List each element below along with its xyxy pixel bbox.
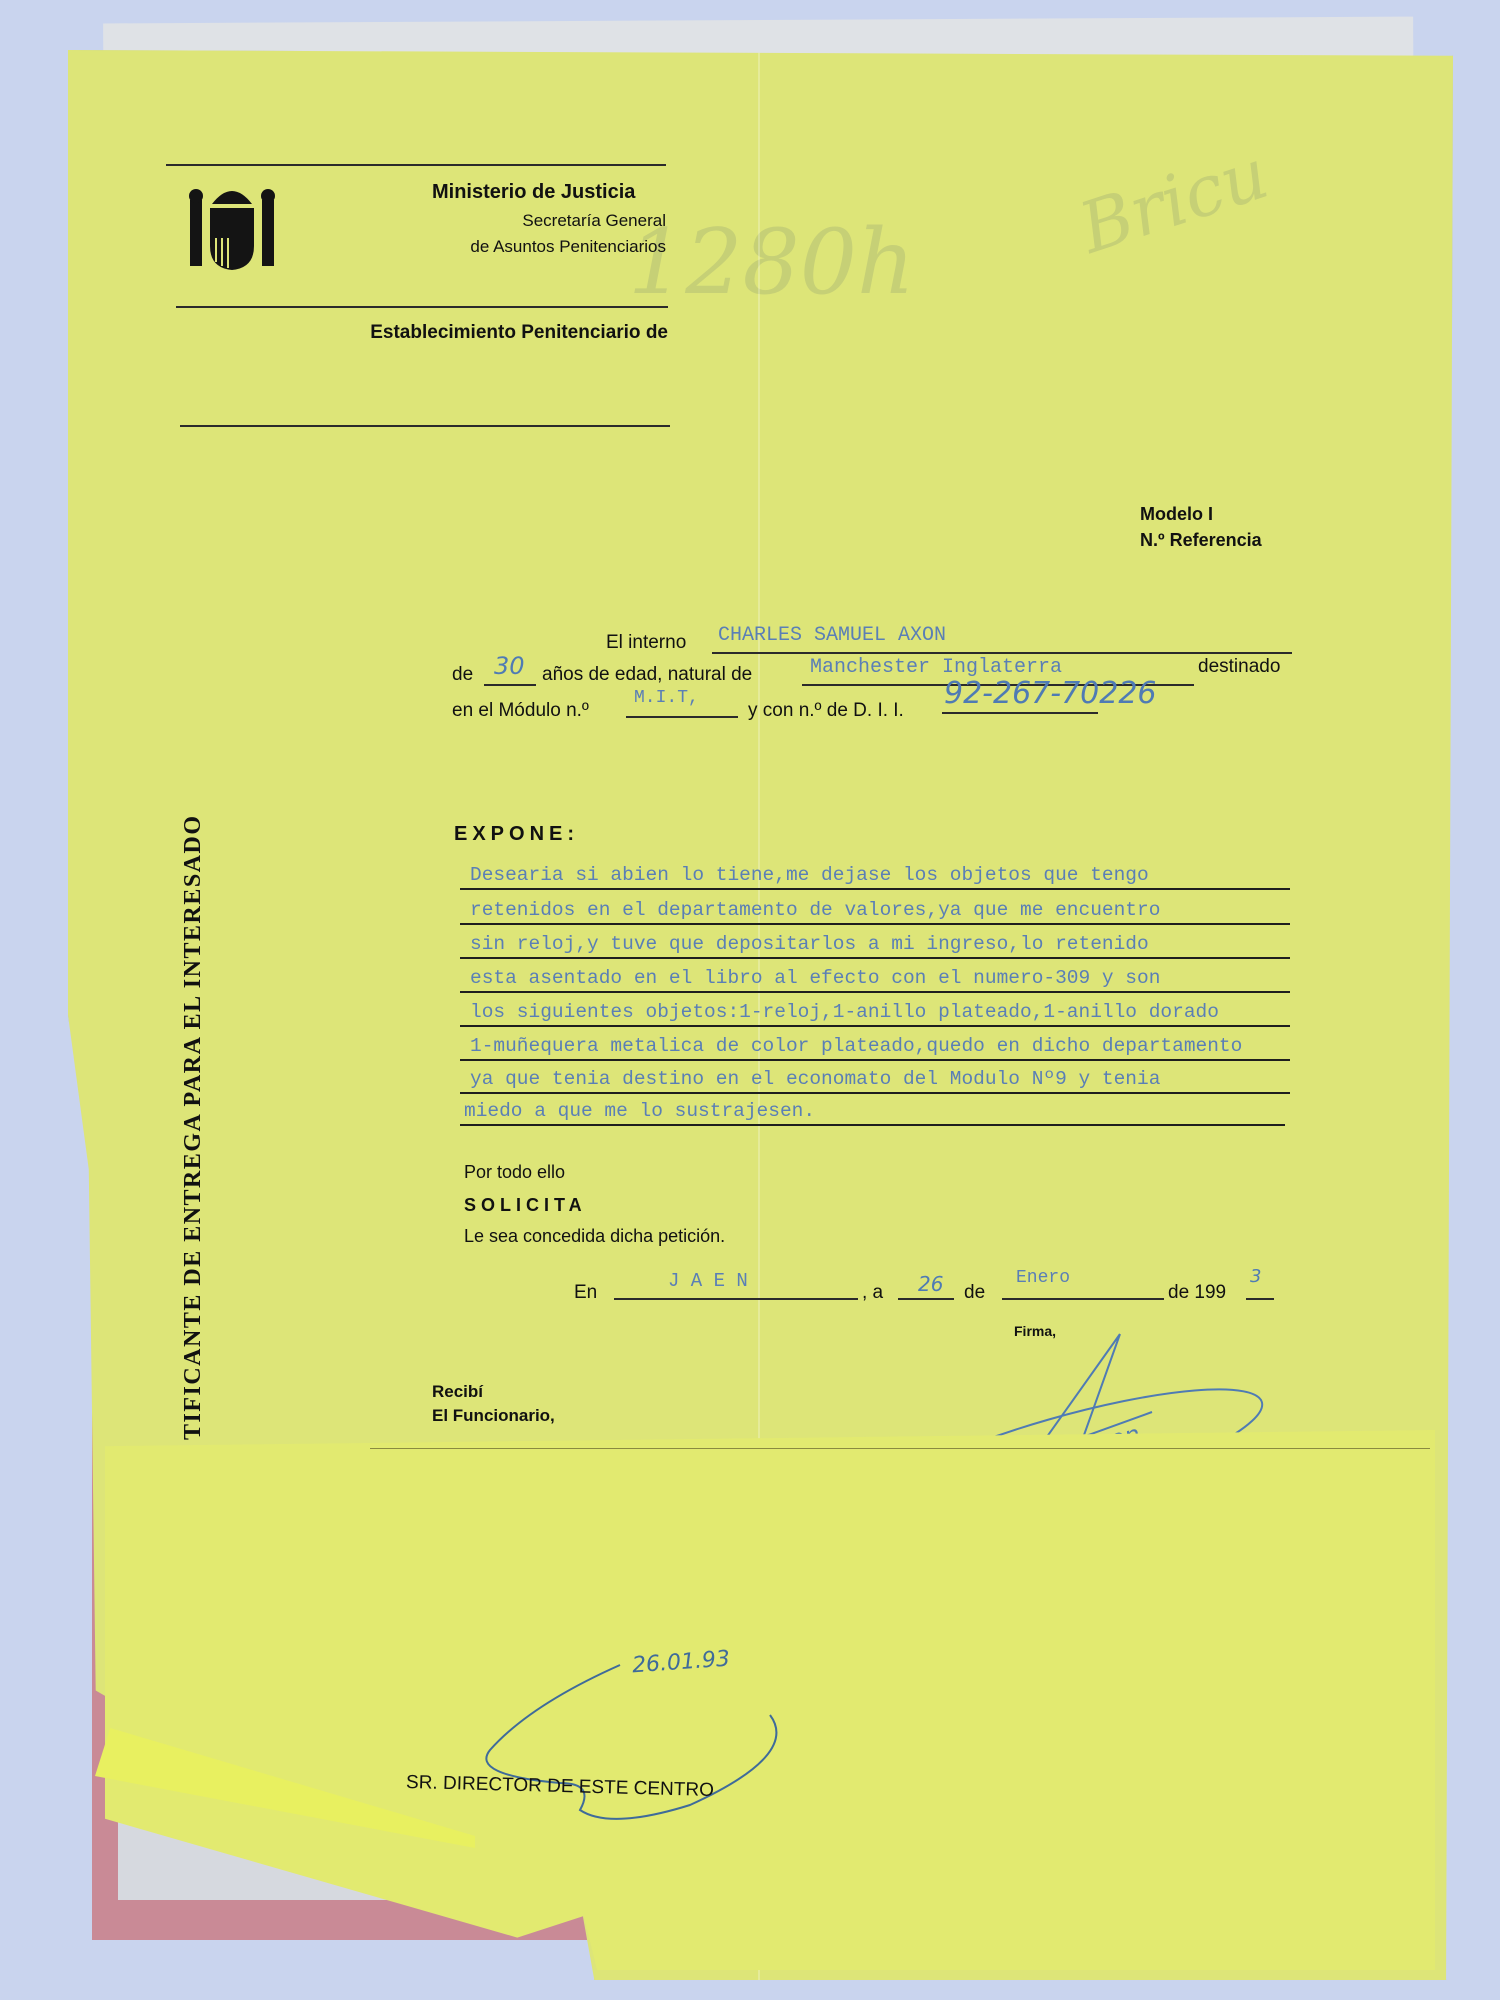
bleed-through-marks: 1280h [628,210,915,315]
year-field-line [1246,1298,1274,1300]
month-field-line [1002,1298,1164,1300]
solicita-heading: SOLICITA [464,1195,587,1216]
spanish-coat-of-arms-icon [186,178,278,274]
label-age: años de edad, natural de [542,664,752,686]
dni-field-line [942,712,1098,714]
label-a: , a [862,1282,883,1304]
module-field-line [626,716,738,718]
header-top-rule [166,164,666,166]
age-field-line [484,684,536,686]
label-modulo: en el Módulo n.º [452,700,589,722]
expone-rule [460,991,1290,993]
label-dni: y con n.º de D. I. I. [748,700,904,722]
expone-line: ya que tenia destino en el economato del… [470,1068,1160,1090]
expone-line: 1-muñequera metalica de color plateado,q… [470,1035,1242,1057]
label-en: En [574,1282,597,1304]
reference-label: N.º Referencia [1140,530,1262,551]
secretariat-line1: Secretaría General [522,211,666,231]
expone-rule [460,888,1290,890]
receipt-label: Recibí [432,1382,483,1402]
expone-heading: EXPONE: [454,823,579,846]
expone-rule [460,1025,1290,1027]
place-field[interactable]: J A E N [668,1270,748,1292]
expone-line: Desearia si abien lo tiene,me dejase los… [470,864,1149,886]
expone-line: sin reloj,y tuve que depositarlos a mi i… [470,933,1149,955]
expone-line: esta asentado en el libro al efecto con … [470,967,1160,989]
expone-rule [460,923,1290,925]
establishment-field-line[interactable] [180,425,670,427]
label-de-month: de [964,1282,985,1304]
year-digit-field[interactable]: 3 [1250,1266,1261,1287]
label-de: de [452,664,473,686]
bleed-through-signature: Bricu [1070,132,1278,269]
secretariat-line2: de Asuntos Penitenciarios [470,237,666,257]
expone-line: retenidos en el departamento de valores,… [470,899,1160,921]
dni-field[interactable]: 92-267-70226 [944,676,1157,711]
age-field[interactable]: 30 [494,652,525,680]
expone-rule [460,1059,1290,1061]
label-year-prefix: de 199 [1168,1282,1226,1304]
director-initial-scribble [470,1655,810,1835]
establishment-label: Establecimiento Penitenciario de [370,322,668,344]
expone-line: miedo a que me lo sustrajesen. [464,1100,815,1122]
ministry-name: Ministerio de Justicia [432,181,635,204]
expone-rule [460,957,1290,959]
label-destinado: destinado [1198,656,1280,678]
expone-rule [460,1124,1285,1126]
month-field[interactable]: Enero [1016,1268,1070,1288]
solicita-text: Le sea concedida dicha petición. [464,1226,725,1247]
module-field[interactable]: M.I.T, [634,688,699,708]
day-field[interactable]: 26 [918,1272,943,1296]
expone-rule [460,1092,1290,1094]
inmate-name-field[interactable]: CHARLES SAMUEL AXON [718,624,946,647]
official-label: El Funcionario, [432,1406,555,1426]
header-mid-rule [176,306,668,308]
name-field-line [712,652,1292,654]
model-label: Modelo I [1140,504,1213,525]
day-field-line [898,1298,954,1300]
side-certificate-label: TIFICANTE DE ENTREGA PARA EL INTERESADO [180,814,207,1440]
label-interno: El interno [606,632,686,654]
fold-line [370,1448,1430,1449]
solicita-intro: Por todo ello [464,1162,565,1183]
place-field-line [614,1298,858,1300]
expone-line: los siguientes objetos:1-reloj,1-anillo … [470,1001,1219,1023]
